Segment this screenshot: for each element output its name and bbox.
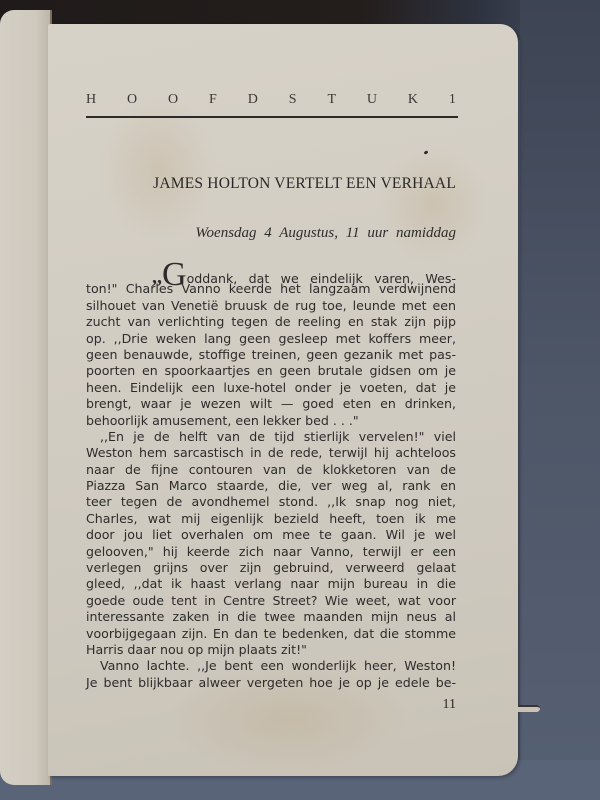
body-text: ,,Goddank, dat we eindelijk varen, Wes- … [86,265,456,691]
text-line: ,,En je de helft van de tijd stierlijk v… [86,429,456,445]
opening-line: ,,Goddank, dat we eindelijk varen, Wes- [86,265,456,281]
text-line: op. ,,Drie weken lang geen gesleep met k… [86,331,456,347]
text-line: verlegen grijns over zijn gebruind, verw… [86,560,456,576]
header-letter: U [367,92,377,116]
text-line: heen. Eindelijk een luxe-hotel onder je … [86,380,456,396]
text-line: voorbijgegaan zijn. En dan te bedenken, … [86,626,456,642]
text-line: Charles, wat mij eigenlijk bezield heeft… [86,511,456,527]
text-line: poorten en spoorkaartjes en geen brutale… [86,363,456,379]
text-line: goede oude tent in Centre Street? Wie we… [86,593,456,609]
header-letter: S [289,92,297,116]
header-rule [86,116,458,118]
text-line: interessante zaken in die twee maanden m… [86,609,456,625]
header-letter: 1 [449,92,456,116]
header-letter: F [209,92,217,116]
header-letter: D [248,92,258,116]
facing-page-edge [0,10,52,785]
page-number: 11 [86,697,456,713]
header-letter: O [168,92,178,116]
text-line: zucht van verlichting tegen de reeling e… [86,314,456,330]
tabletop-background [520,0,600,800]
header-letter: K [408,92,418,116]
text-line: silhouet van Venetië bruusk de rug toe, … [86,298,456,314]
text-line: behoorlijk amusement, een lekker bed . .… [86,413,456,429]
text-line: Harris daar nou op mijn plaats zit!" [86,642,456,658]
paper-stain [378,144,488,264]
dateline: Woensdag 4 Augustus, 11 uur namiddag [86,225,456,242]
text-line: brengt, waar je wezen wilt — goed eten e… [86,396,456,412]
text-line: Weston hem sarcastisch in de rede, terwi… [86,445,456,461]
header-letter: H [86,92,96,116]
opening-line-text: oddank, dat we eindelijk varen, Wes- [187,271,456,286]
running-header: H O O F D S T U K 1 [86,92,456,116]
text-line: teer tegen de avondhemel stond. ,,Ik sna… [86,494,456,510]
drop-cap: G [162,256,187,293]
text-line: gleed, ,,dat ik haast verlang naar mijn … [86,576,456,592]
text-line: door jou liet overhalen om mee te gaan. … [86,527,456,543]
text-line: Je bent blijkbaar alweer vergeten hoe je… [86,675,456,691]
header-letter: T [327,92,336,116]
chapter-title: JAMES HOLTON VERTELT EEN VERHAAL [86,175,456,193]
text-line: naar de fijne contouren van de klokketor… [86,462,456,478]
text-line: geen benauwde, stoffige treinen, geen ge… [86,347,456,363]
text-line: Vanno lachte. ,,Je bent een wonderlijk h… [86,658,456,674]
opening-quote-mark: ,, [152,266,162,288]
text-line: Piazza San Marco staarde, die, ver weg a… [86,478,456,494]
bookmark-ribbon [518,705,540,712]
header-letter: O [127,92,137,116]
text-line: gelooven," hij keerde zich naar Vanno, t… [86,544,456,560]
